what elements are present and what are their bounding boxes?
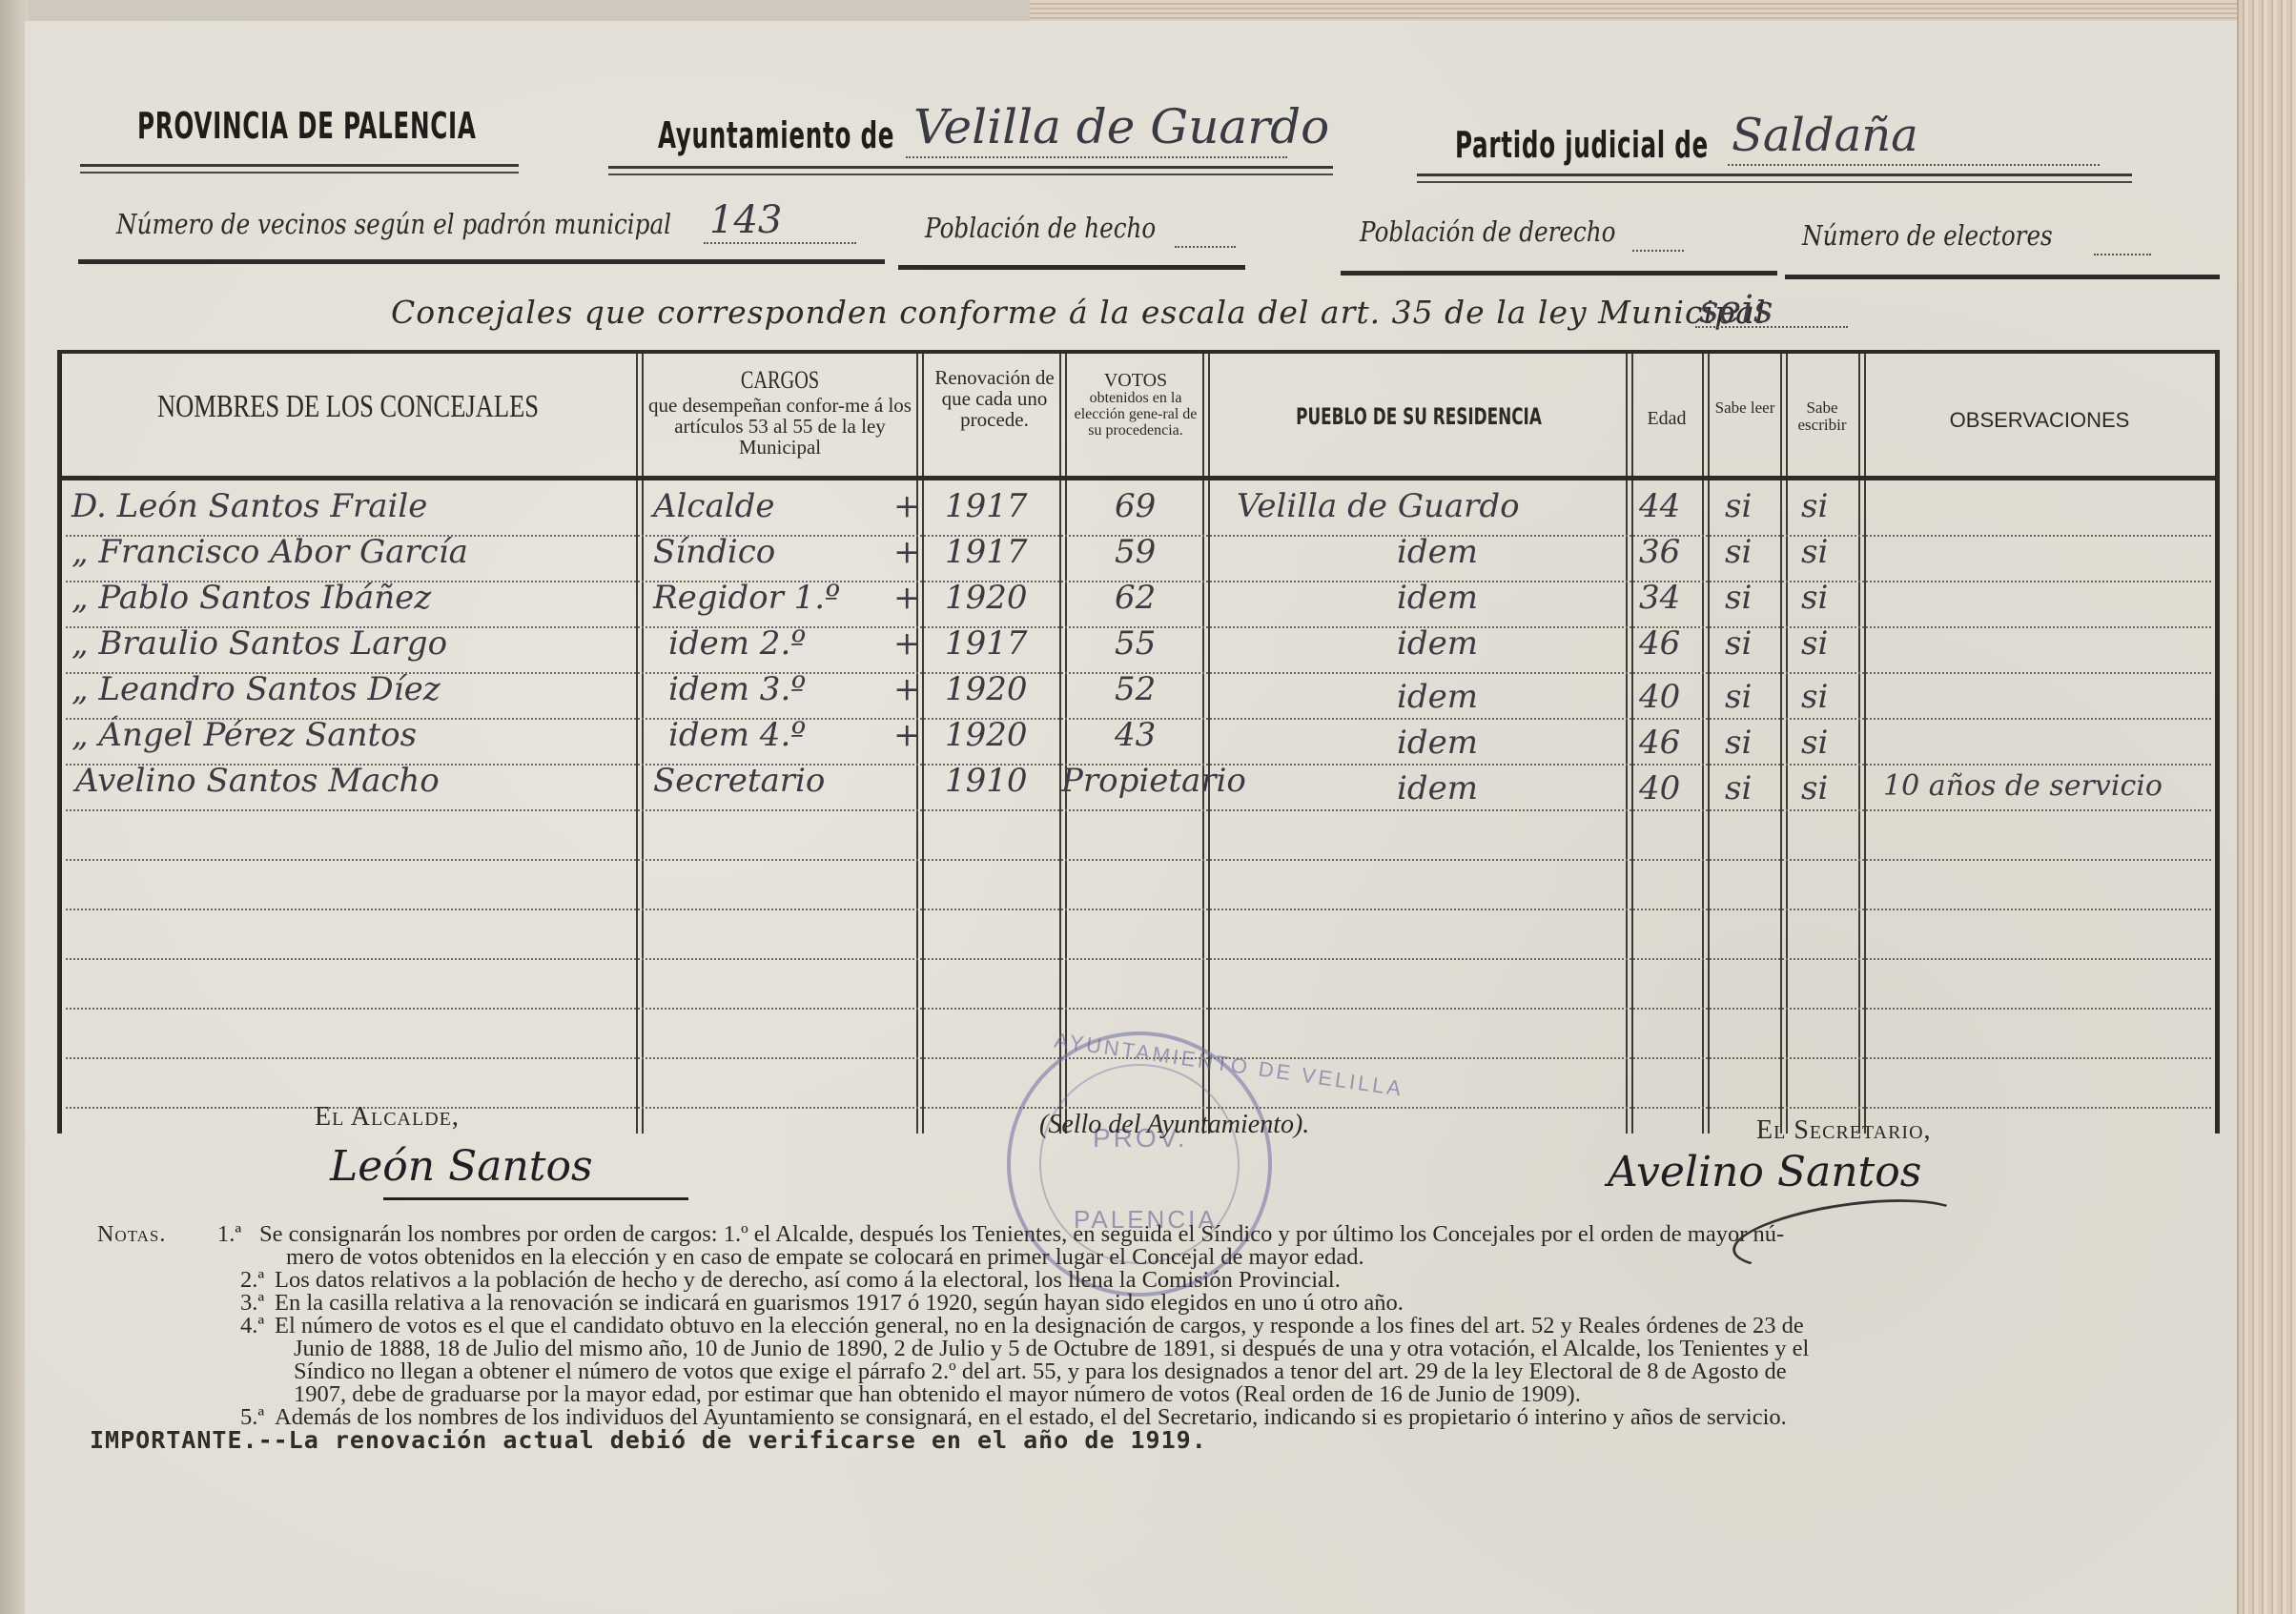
cell-votos: 69 — [1115, 487, 1156, 525]
col-divider — [1626, 354, 1633, 1134]
cell-observaciones: 10 años de servicio — [1883, 769, 2163, 803]
cell-nombre: „ Ángel Pérez Santos — [72, 716, 417, 754]
alcalde-signature-flourish — [383, 1197, 688, 1200]
row-divider — [66, 958, 2211, 960]
poblacion-derecho-underline — [1341, 271, 1777, 276]
cell-edad: 34 — [1639, 579, 1680, 617]
note-num: 1.ª — [217, 1222, 241, 1247]
col-divider — [1059, 354, 1067, 1134]
cell-votos: 52 — [1115, 670, 1156, 708]
ayuntamiento-value: Velilla de Guardo — [913, 99, 1329, 154]
cell-cargo: idem 4.º — [668, 716, 806, 754]
vecinos-underline — [78, 259, 885, 264]
cell-mark: + — [893, 716, 921, 754]
cell-pueblo: idem — [1397, 533, 1478, 571]
cell-cargo: Regidor 1.º — [653, 579, 840, 617]
partido-label: Partido judicial de — [1455, 124, 1709, 166]
poblacion-hecho-label: Población de hecho — [925, 212, 1156, 244]
cell-edad: 46 — [1639, 724, 1680, 762]
cell-votos: 55 — [1115, 624, 1156, 663]
cell-cargo: Síndico — [653, 533, 775, 571]
cell-mark: + — [893, 670, 921, 708]
th-votos-sub: obtenidos en la elección gene-ral de su … — [1069, 391, 1202, 439]
cell-leer: si — [1725, 533, 1752, 571]
ayuntamiento-underline — [608, 166, 1333, 175]
cell-nombre: „ Braulio Santos Largo — [72, 624, 447, 663]
electores-underline — [1785, 275, 2220, 279]
poblacion-derecho-field[interactable] — [1632, 250, 1684, 252]
vecinos-label: Número de vecinos según el padrón munici… — [116, 208, 671, 240]
th-sabe-escribir: Sabe escribir — [1786, 399, 1858, 434]
cell-nombre: „ Leandro Santos Díez — [72, 670, 441, 708]
cell-escribir: si — [1801, 724, 1828, 762]
secretario-label: El Secretario, — [1756, 1115, 1932, 1146]
cell-escribir: si — [1801, 533, 1828, 571]
cell-pueblo: idem — [1397, 678, 1478, 716]
cell-escribir: si — [1801, 769, 1828, 807]
col-divider — [1202, 354, 1210, 1134]
cell-nombre: „ Francisco Abor García — [72, 533, 468, 571]
notes-title: Notas. — [97, 1222, 166, 1247]
row-divider — [66, 859, 2211, 861]
th-cargos: CARGOS que desempeñan confor-me á los ar… — [644, 367, 916, 458]
cell-renovacion: 1910 — [945, 762, 1028, 800]
cell-pueblo: idem — [1397, 769, 1478, 807]
cell-pueblo: idem — [1397, 579, 1478, 617]
cell-renovacion: 1920 — [945, 579, 1028, 617]
cell-votos: 43 — [1115, 716, 1156, 754]
col-divider — [636, 354, 644, 1134]
cell-cargo: Alcalde — [653, 487, 775, 525]
cell-pueblo: Velilla de Guardo — [1237, 487, 1520, 525]
vecinos-dotted-line — [704, 242, 856, 244]
cell-votos: 62 — [1115, 579, 1156, 617]
cell-leer: si — [1725, 769, 1752, 807]
partido-dotted-line — [1728, 164, 2100, 166]
th-observaciones: OBSERVACIONES — [1866, 409, 2213, 431]
cell-escribir: si — [1801, 579, 1828, 617]
ayuntamiento-dotted-line — [906, 156, 1287, 158]
cell-renovacion: 1917 — [945, 533, 1028, 571]
cell-votos: 59 — [1115, 533, 1156, 571]
cell-escribir: si — [1801, 487, 1828, 525]
cell-escribir: si — [1801, 624, 1828, 663]
cell-mark: + — [893, 624, 921, 663]
cell-renovacion: 1917 — [945, 624, 1028, 663]
book-page-stack-right — [2237, 0, 2296, 1614]
col-divider — [1780, 354, 1788, 1134]
note-num: 4.ª — [240, 1314, 264, 1338]
col-divider — [1858, 354, 1866, 1134]
alcalde-label: El Alcalde, — [315, 1102, 460, 1133]
cell-cargo: idem 3.º — [668, 670, 806, 708]
cell-mark: + — [893, 579, 921, 617]
province-title: PROVINCIA DE PALENCIA — [137, 105, 477, 147]
cell-edad: 40 — [1639, 678, 1680, 716]
cell-nombre: „ Pablo Santos Ibáñez — [72, 579, 431, 617]
cell-pueblo: idem — [1397, 724, 1478, 762]
row-divider — [66, 1008, 2211, 1010]
electores-field[interactable] — [2094, 254, 2151, 255]
cell-pueblo: idem — [1397, 624, 1478, 663]
th-cargos-sub: que desempeñan confor-me á los artículos… — [644, 395, 916, 458]
alcalde-signature: León Santos — [330, 1142, 593, 1191]
col-divider — [1702, 354, 1710, 1134]
cell-mark: + — [893, 533, 921, 571]
cell-edad: 36 — [1639, 533, 1680, 571]
partido-value: Saldaña — [1732, 109, 1918, 162]
poblacion-hecho-field[interactable] — [1175, 246, 1236, 248]
cell-edad: 40 — [1639, 769, 1680, 807]
province-underline — [80, 164, 519, 174]
partido-underline — [1417, 174, 2132, 183]
poblacion-hecho-underline — [898, 265, 1245, 270]
th-pueblo: PUEBLO DE SU RESIDENCIA — [1212, 405, 1626, 429]
poblacion-derecho-label: Población de derecho — [1360, 215, 1615, 248]
cell-escribir: si — [1801, 678, 1828, 716]
cell-leer: si — [1725, 624, 1752, 663]
th-pueblo-text: PUEBLO DE SU RESIDENCIA — [1258, 405, 1581, 429]
secretario-signature: Avelino Santos — [1608, 1148, 1921, 1196]
vecinos-value: 143 — [709, 198, 782, 242]
cell-renovacion: 1917 — [945, 487, 1028, 525]
table-header-rule — [62, 476, 2215, 480]
row-divider — [66, 809, 2211, 811]
th-cargos-title: CARGOS — [673, 367, 886, 393]
cell-nombre: D. León Santos Fraile — [72, 487, 427, 525]
cell-renovacion: 1920 — [945, 716, 1028, 754]
th-votos-title: VOTOS — [1069, 371, 1202, 391]
cell-mark: + — [893, 487, 921, 525]
cell-leer: si — [1725, 579, 1752, 617]
th-edad: Edad — [1631, 409, 1702, 429]
cell-cargo: idem 2.º — [668, 624, 806, 663]
ayuntamiento-label: Ayuntamiento de — [658, 114, 894, 156]
cell-leer: si — [1725, 487, 1752, 525]
cell-votos: Propietario — [1061, 762, 1246, 800]
concejales-table: NOMBRES DE LOS CONCEJALES CARGOS que des… — [57, 350, 2220, 1134]
th-sabe-leer: Sabe leer — [1710, 399, 1780, 417]
th-nombres-text: NOMBRES DE LOS CONCEJALES — [125, 390, 571, 424]
seal-caption: (Sello del Ayuntamiento). — [1039, 1110, 1309, 1140]
form-page: PROVINCIA DE PALENCIA Ayuntamiento de Ve… — [25, 21, 2237, 1614]
th-renovacion: Renovación de que cada uno procede. — [928, 367, 1061, 430]
concejales-label: Concejales que corresponden conforme á l… — [391, 294, 1766, 331]
cell-nombre: Avelino Santos Macho — [75, 762, 440, 800]
concejales-dotted-line — [1695, 326, 1848, 328]
th-votos: VOTOS obtenidos en la elección gene-ral … — [1069, 371, 1202, 439]
notes-section: Notas. 1.ª Se consignarán los nombres po… — [97, 1222, 2233, 1489]
cell-cargo: Secretario — [653, 762, 825, 800]
importante-notice: IMPORTANTE.--La renovación actual debió … — [90, 1428, 1207, 1453]
cell-edad: 44 — [1639, 487, 1680, 525]
cell-leer: si — [1725, 724, 1752, 762]
cell-edad: 46 — [1639, 624, 1680, 663]
cell-renovacion: 1920 — [945, 670, 1028, 708]
cell-leer: si — [1725, 678, 1752, 716]
electores-label: Número de electores — [1802, 219, 2053, 252]
th-nombres: NOMBRES DE LOS CONCEJALES — [62, 390, 634, 424]
row-divider — [66, 909, 2211, 910]
